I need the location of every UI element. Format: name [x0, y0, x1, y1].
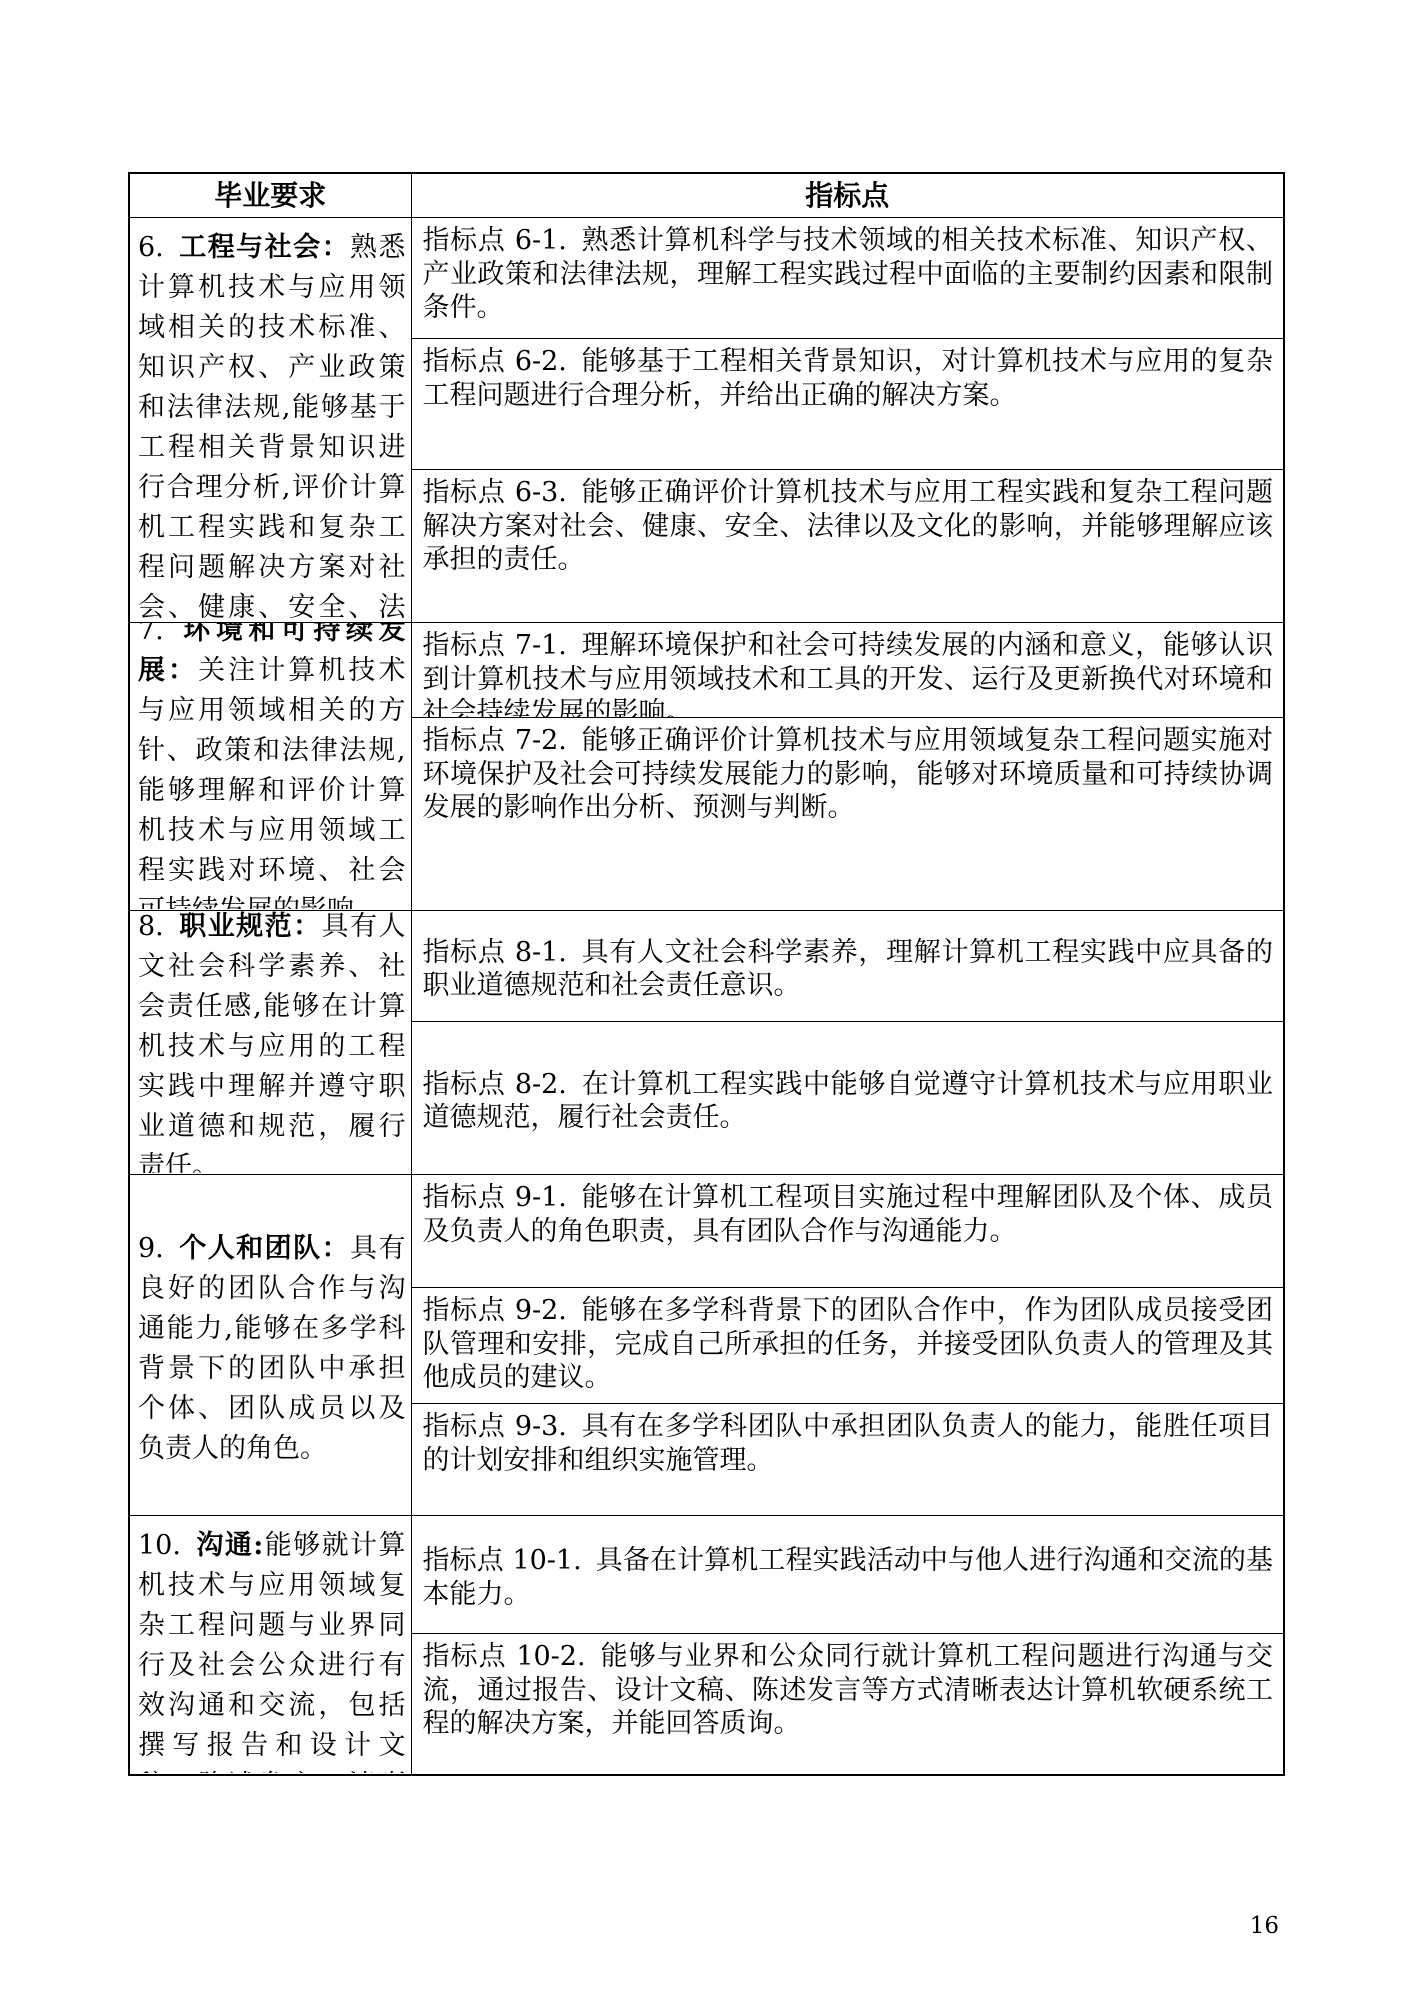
indicator-label: 指标点 9-1.: [423, 1182, 567, 1213]
requirement-body: 具有良好的团队合作与沟通能力,能够在多学科背景下的团队中承担个体、团队成员以及负…: [138, 1233, 406, 1464]
requirement-title: 职业规范：: [178, 911, 322, 942]
requirement-cell-10: 10.沟通:能够就计算机技术与应用领域复杂工程问题与业界同行及社会公众进行有效沟…: [129, 1516, 411, 1776]
requirement-body: 熟悉计算机技术与应用领域相关的技术标准、知识产权、产业政策和法律法规,能够基于工…: [138, 232, 406, 620]
requirement-body: 关注计算机技术与应用领域相关的方针、政策和法律法规,能够理解和评价计算机技术与应…: [138, 655, 406, 909]
indicator-label: 指标点 7-1.: [423, 630, 567, 661]
table-header-row: 毕业要求 指标点: [129, 173, 1284, 218]
requirement-title: 沟通:: [195, 1530, 263, 1561]
page-number: 16: [1250, 1912, 1279, 1940]
indicator-cell-10-1: 指标点 10-1.具备在计算机工程实践活动中与他人进行沟通和交流的基本能力。: [411, 1516, 1284, 1634]
requirement-body: 具有人文社会科学素养、社会责任感,能够在计算机技术与应用的工程实践中理解并遵守职…: [138, 911, 406, 1173]
table-header-left: 毕业要求: [129, 173, 411, 218]
requirement-cell-8: 8.职业规范：具有人文社会科学素养、社会责任感,能够在计算机技术与应用的工程实践…: [129, 911, 411, 1175]
indicator-cell-6-1: 指标点 6-1.熟悉计算机科学与技术领域的相关技术标准、知识产权、产业政策和法律…: [411, 218, 1284, 339]
header-right-label: 指标点: [805, 181, 889, 211]
indicator-cell-7-1: 指标点 7-1.理解环境保护和社会可持续发展的内涵和意义，能够认识到计算机技术与…: [411, 623, 1284, 718]
indicator-cell-8-2: 指标点 8-2.在计算机工程实践中能够自觉遵守计算机技术与应用职业道德规范，履行…: [411, 1022, 1284, 1175]
header-left-label: 毕业要求: [214, 181, 326, 211]
indicator-label: 指标点 10-2.: [423, 1641, 586, 1672]
requirement-number: 9.: [138, 1233, 164, 1264]
indicator-label: 指标点 8-2.: [423, 1069, 567, 1100]
indicator-cell-8-1: 指标点 8-1.具有人文社会科学素养，理解计算机工程实践中应具备的职业道德规范和…: [411, 911, 1284, 1022]
indicator-cell-6-3: 指标点 6-3.能够正确评价计算机技术与应用工程实践和复杂工程问题解决方案对社会…: [411, 470, 1284, 623]
indicator-label: 指标点 10-1.: [423, 1545, 582, 1576]
requirement-cell-7: 7.环境和可持续发展：关注计算机技术与应用领域相关的方针、政策和法律法规,能够理…: [129, 623, 411, 911]
table-header-right: 指标点: [411, 173, 1284, 218]
requirement-number: 6.: [138, 232, 164, 263]
indicator-cell-7-2: 指标点 7-2.能够正确评价计算机技术与应用领域复杂工程问题实施对环境保护及社会…: [411, 718, 1284, 911]
indicator-label: 指标点 9-2.: [423, 1295, 567, 1326]
indicator-label: 指标点 9-3.: [423, 1411, 567, 1442]
requirement-number: 7.: [138, 623, 164, 646]
requirement-cell-6: 6.工程与社会：熟悉计算机技术与应用领域相关的技术标准、知识产权、产业政策和法律…: [129, 218, 411, 623]
table-row: 10.沟通:能够就计算机技术与应用领域复杂工程问题与业界同行及社会公众进行有效沟…: [129, 1516, 1284, 1634]
indicator-label: 指标点 7-2.: [423, 725, 567, 756]
requirement-number: 8.: [138, 911, 164, 942]
indicator-cell-9-2: 指标点 9-2.能够在多学科背景下的团队合作中，作为团队成员接受团队管理和安排，…: [411, 1288, 1284, 1404]
indicator-label: 指标点 6-3.: [423, 477, 567, 508]
requirement-title: 个人和团队：: [178, 1233, 350, 1264]
requirement-body: 能够就计算机技术与应用领域复杂工程问题与业界同行及社会公众进行有效沟通和交流，包…: [138, 1530, 406, 1773]
indicator-cell-9-3: 指标点 9-3.具有在多学科团队中承担团队负责人的能力，能胜任项目的计划安排和组…: [411, 1404, 1284, 1516]
graduation-requirements-table: 毕业要求 指标点 6.工程与社会：熟悉计算机技术与应用领域相关的技术标准、知识产…: [128, 172, 1285, 1776]
document-page: { "page": { "number": "16" }, "table": {…: [0, 0, 1411, 1995]
requirement-number: 10.: [138, 1530, 181, 1561]
requirement-cell-9: 9.个人和团队：具有良好的团队合作与沟通能力,能够在多学科背景下的团队中承担个体…: [129, 1175, 411, 1516]
indicator-cell-6-2: 指标点 6-2.能够基于工程相关背景知识，对计算机技术与应用的复杂工程问题进行合…: [411, 339, 1284, 470]
indicator-label: 指标点 6-1.: [423, 225, 567, 256]
table-row: 9.个人和团队：具有良好的团队合作与沟通能力,能够在多学科背景下的团队中承担个体…: [129, 1175, 1284, 1288]
table-row: 8.职业规范：具有人文社会科学素养、社会责任感,能够在计算机技术与应用的工程实践…: [129, 911, 1284, 1022]
requirement-title: 工程与社会：: [178, 232, 350, 263]
indicator-cell-10-2: 指标点 10-2.能够与业界和公众同行就计算机工程问题进行沟通与交流，通过报告、…: [411, 1634, 1284, 1776]
indicator-cell-9-1: 指标点 9-1.能够在计算机工程项目实施过程中理解团队及个体、成员及负责人的角色…: [411, 1175, 1284, 1288]
indicator-label: 指标点 6-2.: [423, 346, 567, 377]
table-row: 6.工程与社会：熟悉计算机技术与应用领域相关的技术标准、知识产权、产业政策和法律…: [129, 218, 1284, 339]
table-row: 7.环境和可持续发展：关注计算机技术与应用领域相关的方针、政策和法律法规,能够理…: [129, 623, 1284, 718]
indicator-label: 指标点 8-1.: [423, 937, 567, 968]
